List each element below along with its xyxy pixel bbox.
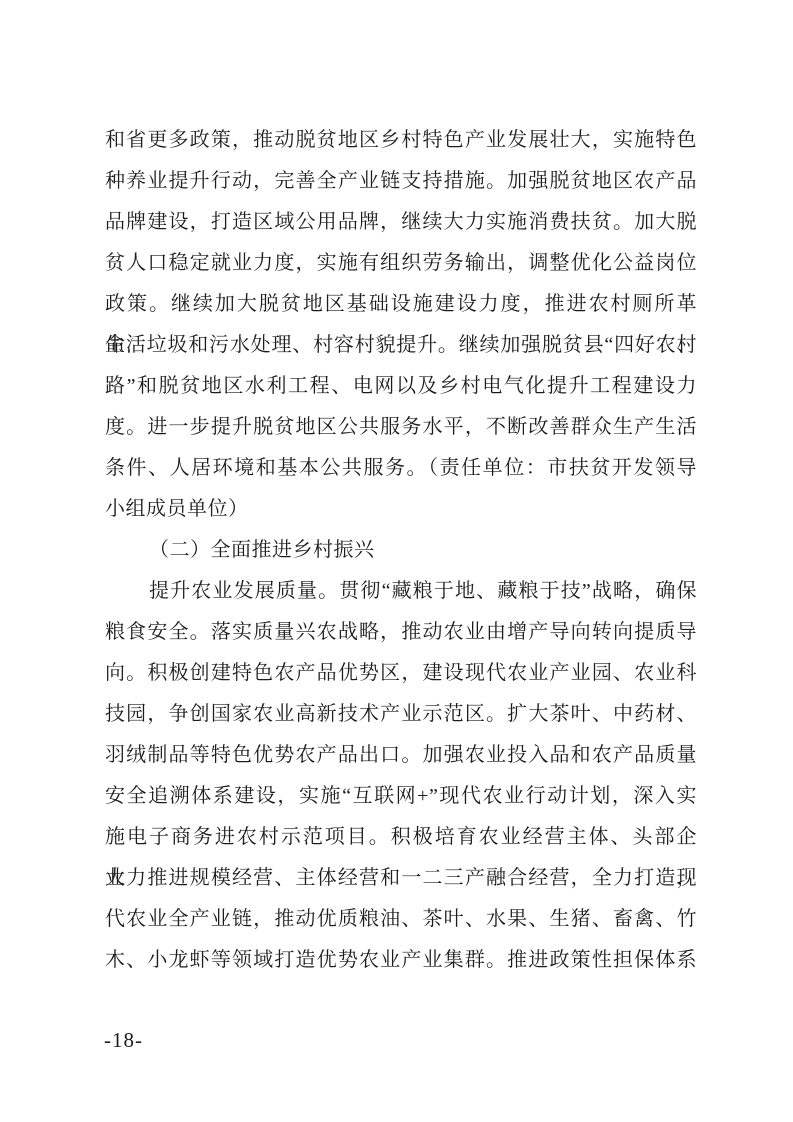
text-line: 路”和脱贫地区水利工程、电网以及乡村电气化提升工程建设力 — [105, 366, 697, 407]
paragraph-agriculture-quality: 提升农业发展质量。贯彻“藏粮于地、藏粮于技”战略，确保 粮食安全。落实质量兴农战… — [105, 571, 697, 981]
page-number: -18- — [104, 1026, 143, 1054]
body-text: 和省更多政策，推动脱贫地区乡村特色产业发展壮大，实施特色 种养业提升行动，完善全… — [105, 120, 697, 981]
text-line: 向。积极创建特色农产品优势区，建设现代农业产业园、农业科 — [105, 653, 697, 694]
text-line: 大力推进规模经营、主体经营和一二三产融合经营，全力打造现 — [105, 858, 697, 899]
responsibility-unit-note-end: 小组成员单位） — [105, 489, 697, 530]
text-line: 提升农业发展质量。贯彻“藏粮于地、藏粮于技”战略，确保 — [105, 571, 697, 612]
text-segment: 条件、人居环境和基本公共服务。 — [105, 457, 428, 479]
text-line: 生活垃圾和污水处理、村容村貌提升。继续加强脱贫县“四好农村 — [105, 325, 697, 366]
responsibility-unit-note: （责任单位：市扶贫开发领导 — [428, 457, 697, 479]
text-line: 政策。继续加大脱贫地区基础设施建设力度，推进农村厕所革命、 — [105, 284, 697, 325]
text-line: 技园，争创国家农业高新技术产业示范区。扩大茶叶、中药材、 — [105, 694, 697, 735]
text-line: 度。进一步提升脱贫地区公共服务水平，不断改善群众生产生活 — [105, 407, 697, 448]
text-line: 品牌建设，打造区域公用品牌，继续大力实施消费扶贫。加大脱 — [105, 202, 697, 243]
text-line: 种养业提升行动，完善全产业链支持措施。加强脱贫地区农产品 — [105, 161, 697, 202]
text-line: 羽绒制品等特色优势农产品出口。加强农业投入品和农产品质量 — [105, 735, 697, 776]
paragraph-poverty-alleviation: 和省更多政策，推动脱贫地区乡村特色产业发展壮大，实施特色 种养业提升行动，完善全… — [105, 120, 697, 530]
text-line: 施电子商务进农村示范项目。积极培育农业经营主体、头部企业， — [105, 817, 697, 858]
text-line: 和省更多政策，推动脱贫地区乡村特色产业发展壮大，实施特色 — [105, 120, 697, 161]
text-line: 粮食安全。落实质量兴农战略，推动农业由增产导向转向提质导 — [105, 612, 697, 653]
document-page: 和省更多政策，推动脱贫地区乡村特色产业发展壮大，实施特色 种养业提升行动，完善全… — [0, 0, 793, 1122]
text-line: 安全追溯体系建设，实施“互联网+”现代农业行动计划，深入实 — [105, 776, 697, 817]
text-line: 木、小龙虾等领域打造优势农业产业集群。推进政策性担保体系 — [105, 940, 697, 981]
text-line: 代农业全产业链，推动优质粮油、茶叶、水果、生猪、畜禽、竹 — [105, 899, 697, 940]
text-line: 条件、人居环境和基本公共服务。（责任单位：市扶贫开发领导 — [105, 448, 697, 489]
text-line: 贫人口稳定就业力度，实施有组织劳务输出，调整优化公益岗位 — [105, 243, 697, 284]
section-heading: （二）全面推进乡村振兴 — [105, 530, 697, 571]
